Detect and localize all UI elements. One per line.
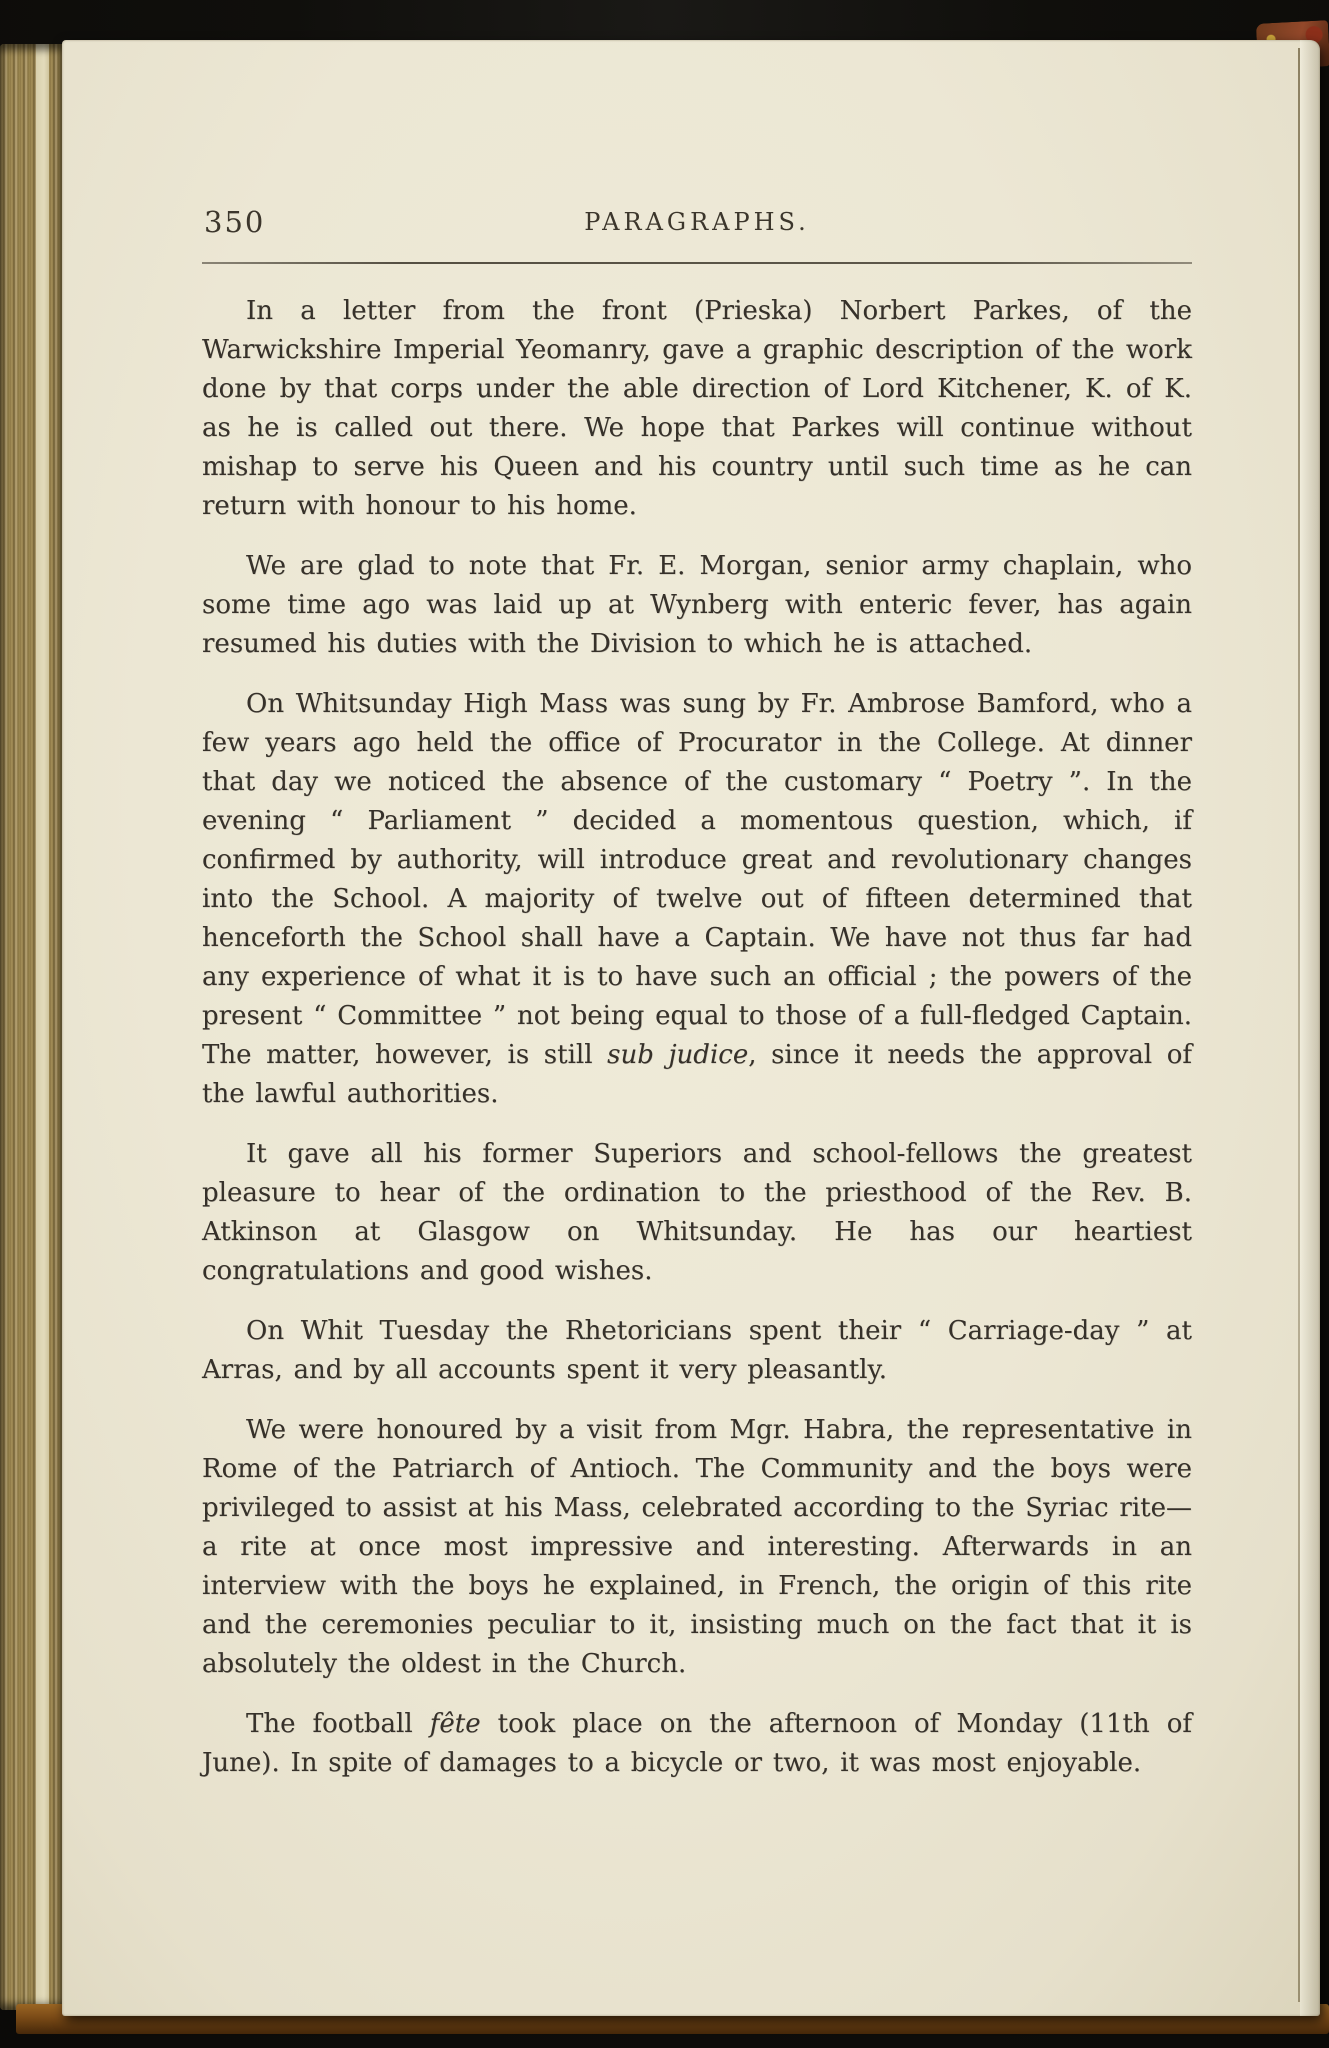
body-text: It gave all his former Superiors and sch… bbox=[202, 1139, 1192, 1286]
page-content: 350 PARAGRAPHS. In a letter from the fro… bbox=[202, 40, 1192, 1804]
header-rule bbox=[202, 262, 1192, 264]
book-page: 350 PARAGRAPHS. In a letter from the fro… bbox=[62, 40, 1320, 2016]
italic-text: sub judice bbox=[607, 1040, 748, 1070]
running-head: PARAGRAPHS. bbox=[202, 208, 1192, 236]
book-page-edges bbox=[0, 44, 64, 2010]
paragraph: On Whitsunday High Mass was sung by Fr. … bbox=[202, 685, 1192, 1114]
paragraphs-container: In a letter from the front (Prieska) Nor… bbox=[202, 292, 1192, 1783]
page-gutter-fold bbox=[1298, 48, 1300, 2002]
body-text: We are glad to note that Fr. E. Morgan, … bbox=[202, 551, 1192, 659]
body-text: On Whitsunday High Mass was sung by Fr. … bbox=[202, 689, 1192, 1070]
body-text: In a letter from the front (Prieska) Nor… bbox=[202, 296, 1192, 521]
body-text: The football bbox=[246, 1709, 430, 1739]
paragraph: In a letter from the front (Prieska) Nor… bbox=[202, 292, 1192, 526]
paragraph: It gave all his former Superiors and sch… bbox=[202, 1135, 1192, 1291]
page-header: 350 PARAGRAPHS. bbox=[202, 203, 1192, 245]
paragraph: On Whit Tuesday the Rhetoricians spent t… bbox=[202, 1312, 1192, 1390]
body-text: We were honoured by a visit from Mgr. Ha… bbox=[202, 1415, 1192, 1679]
paragraph: The football fête took place on the afte… bbox=[202, 1705, 1192, 1783]
paragraph: We are glad to note that Fr. E. Morgan, … bbox=[202, 547, 1192, 664]
body-text: On Whit Tuesday the Rhetoricians spent t… bbox=[202, 1316, 1192, 1385]
paragraph: We were honoured by a visit from Mgr. Ha… bbox=[202, 1411, 1192, 1684]
page-gutter-shading bbox=[1300, 40, 1320, 2016]
italic-text: fête bbox=[430, 1709, 481, 1739]
